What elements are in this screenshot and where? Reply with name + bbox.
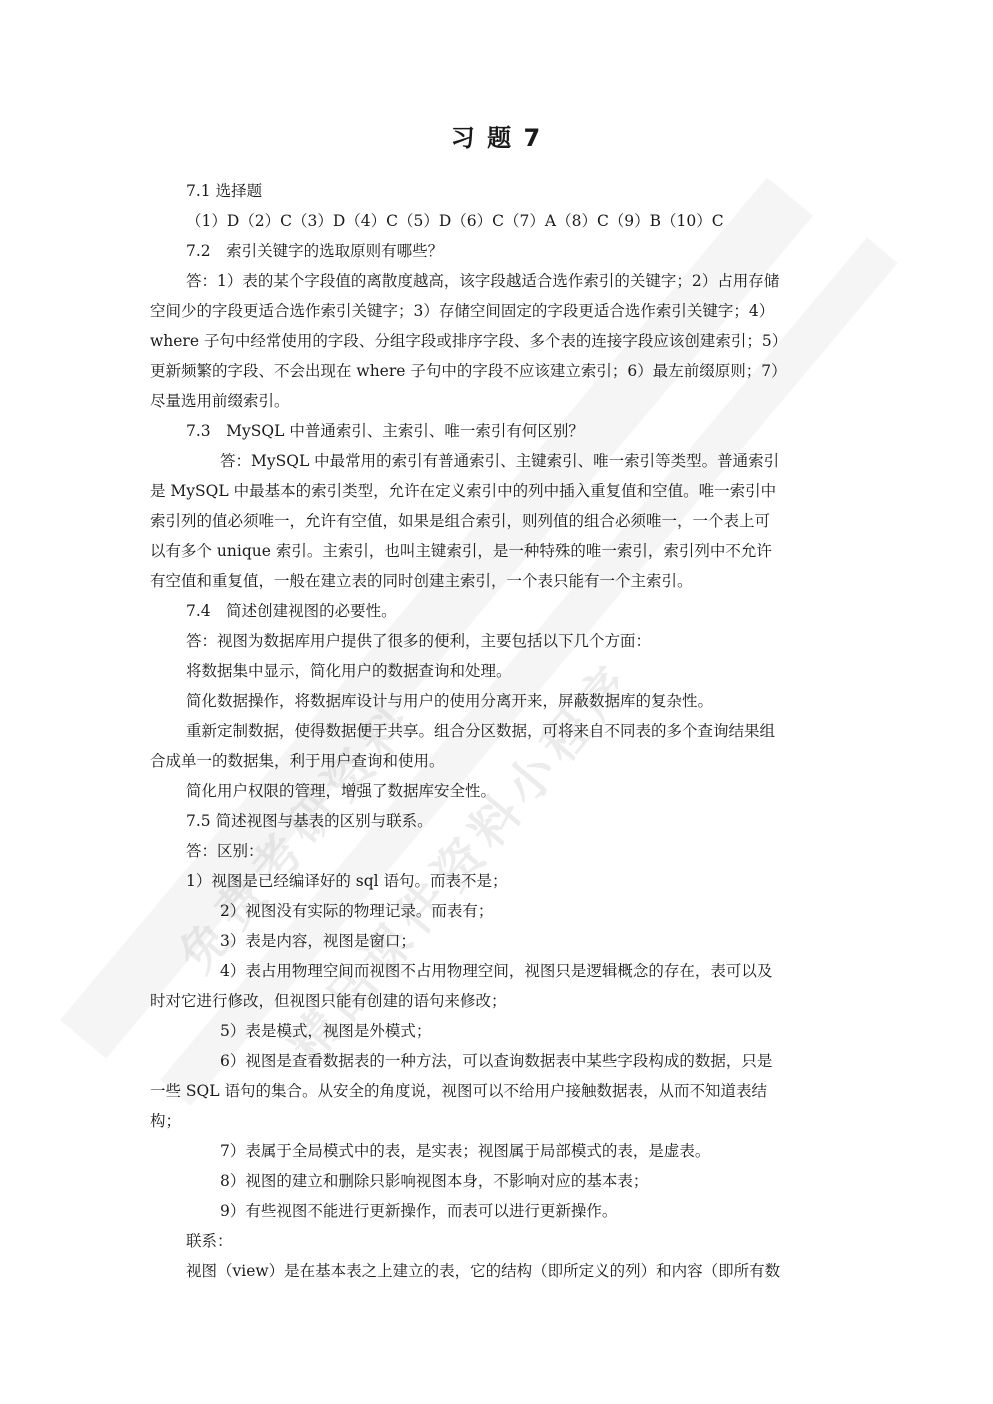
text-line: 7.5 简述视图与基表的区别与联系。	[150, 806, 846, 836]
text-line: 更新频繁的字段、不会出现在 where 子句中的字段不应该建立索引；6）最左前缀…	[150, 356, 846, 386]
text-line: 将数据集中显示，简化用户的数据查询和处理。	[150, 656, 846, 686]
text-line: 合成单一的数据集，利于用户查询和使用。	[150, 746, 846, 776]
text-line: 有空值和重复值，一般在建立表的同时创建主索引，一个表只能有一个主索引。	[150, 566, 846, 596]
text-line: where 子句中经常使用的字段、分组字段或排序字段、多个表的连接字段应该创建索…	[150, 326, 846, 356]
text-line: 7）表属于全局模式中的表，是实表；视图属于局部模式的表，是虚表。	[150, 1136, 846, 1166]
text-line: （1）D（2）C（3）D（4）C（5）D（6）C（7）A（8）C（9）B（10）…	[150, 206, 846, 236]
text-line: 尽量选用前缀索引。	[150, 386, 846, 416]
text-line: 9）有些视图不能进行更新操作，而表可以进行更新操作。	[150, 1196, 846, 1226]
text-line: 答：1）表的某个字段值的离散度越高，该字段越适合选作索引的关键字；2）占用存储	[150, 266, 846, 296]
text-line: 答：视图为数据库用户提供了很多的便利，主要包括以下几个方面：	[150, 626, 846, 656]
text-line: 1）视图是已经编译好的 sql 语句。而表不是；	[150, 866, 846, 896]
text-line: 7.3 MySQL 中普通索引、主索引、唯一索引有何区别？	[150, 416, 846, 446]
text-line: 空间少的字段更适合选作索引关键字；3）存储空间固定的字段更适合选作索引关键字；4…	[150, 296, 846, 326]
text-line: 7.2 索引关键字的选取原则有哪些？	[150, 236, 846, 266]
page-title: 习 题 7	[0, 118, 993, 153]
text-line: 5）表是模式，视图是外模式；	[150, 1016, 846, 1046]
text-line: 视图（view）是在基本表之上建立的表，它的结构（即所定义的列）和内容（即所有数	[150, 1256, 846, 1286]
text-line: 6）视图是查看数据表的一种方法，可以查询数据表中某些字段构成的数据，只是	[150, 1046, 846, 1076]
text-line: 联系：	[150, 1226, 846, 1256]
document-body: 7.1 选择题（1）D（2）C（3）D（4）C（5）D（6）C（7）A（8）C（…	[150, 176, 846, 1286]
text-line: 简化用户权限的管理，增强了数据库安全性。	[150, 776, 846, 806]
text-line: 3）表是内容，视图是窗口；	[150, 926, 846, 956]
text-line: 重新定制数据，使得数据便于共享。组合分区数据，可将来自不同表的多个查询结果组	[150, 716, 846, 746]
text-line: 简化数据操作，将数据库设计与用户的使用分离开来，屏蔽数据库的复杂性。	[150, 686, 846, 716]
text-line: 8）视图的建立和删除只影响视图本身，不影响对应的基本表；	[150, 1166, 846, 1196]
text-line: 2）视图没有实际的物理记录。而表有；	[150, 896, 846, 926]
text-line: 时对它进行修改，但视图只能有创建的语句来修改；	[150, 986, 846, 1016]
text-line: 一些 SQL 语句的集合。从安全的角度说，视图可以不给用户接触数据表，从而不知道…	[150, 1076, 846, 1106]
text-line: 答：区别：	[150, 836, 846, 866]
text-line: 答：MySQL 中最常用的索引有普通索引、主键索引、唯一索引等类型。普通索引	[150, 446, 846, 476]
text-line: 7.4 简述创建视图的必要性。	[150, 596, 846, 626]
text-line: 构；	[150, 1106, 846, 1136]
text-line: 索引列的值必须唯一，允许有空值，如果是组合索引，则列值的组合必须唯一，一个表上可	[150, 506, 846, 536]
text-line: 以有多个 unique 索引。主索引，也叫主键索引，是一种特殊的唯一索引，索引列…	[150, 536, 846, 566]
text-line: 4）表占用物理空间而视图不占用物理空间，视图只是逻辑概念的存在，表可以及	[150, 956, 846, 986]
text-line: 是 MySQL 中最基本的索引类型，允许在定义索引中的列中插入重复值和空值。唯一…	[150, 476, 846, 506]
text-line: 7.1 选择题	[150, 176, 846, 206]
